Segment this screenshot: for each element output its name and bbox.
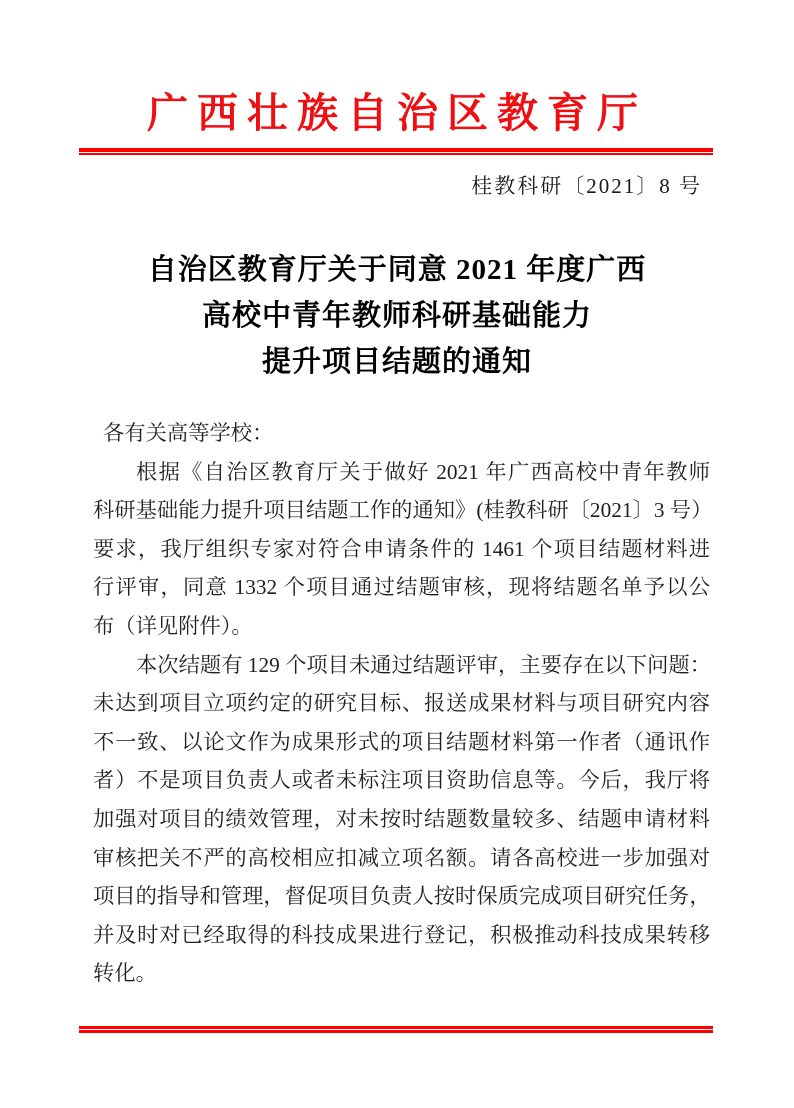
notice-title-line: 自治区教育厅关于同意 2021 年度广西 <box>0 247 794 293</box>
header-divider-line <box>79 148 713 155</box>
body-line: 审核把关不严的高校相应扣减立项名额。请各高校进一步加强对 <box>93 839 710 878</box>
body-line: 转化。 <box>93 954 710 993</box>
agency-header-title: 广西壮族自治区教育厅 <box>0 80 794 139</box>
body-line: 科研基础能力提升项目结题工作的通知》(桂教科研〔2021〕3 号） <box>93 491 710 530</box>
body-line: 不一致、以论文作为成果形式的项目结题材料第一作者（通讯作 <box>93 723 710 762</box>
document-page: 广西壮族自治区教育厅 桂教科研〔2021〕8 号 自治区教育厅关于同意 2021… <box>0 0 794 1108</box>
body-line-salutation: 各有关高等学校： <box>93 414 710 453</box>
document-number: 桂教科研〔2021〕8 号 <box>471 170 702 200</box>
body-line: 项目的指导和管理，督促项目负责人按时保质完成项目研究任务， <box>93 877 710 916</box>
footer-divider-line <box>79 1026 713 1033</box>
notice-title: 自治区教育厅关于同意 2021 年度广西 高校中青年教师科研基础能力 提升项目结… <box>0 247 794 385</box>
body-line: 本次结题有 129 个项目未通过结题评审，主要存在以下问题： <box>93 646 710 685</box>
body-line: 根据《自治区教育厅关于做好 2021 年广西高校中青年教师 <box>93 453 710 492</box>
body-line: 未达到项目立项约定的研究目标、报送成果材料与项目研究内容 <box>93 684 710 723</box>
body-line: 行评审，同意 1332 个项目通过结题审核，现将结题名单予以公 <box>93 568 710 607</box>
notice-title-line: 提升项目结题的通知 <box>0 339 794 385</box>
body-line: 要求，我厅组织专家对符合申请条件的 1461 个项目结题材料进 <box>93 530 710 569</box>
notice-title-line: 高校中青年教师科研基础能力 <box>0 293 794 339</box>
body-line: 布（详见附件）。 <box>93 607 710 646</box>
body-line: 者）不是项目负责人或者未标注项目资助信息等。今后，我厅将 <box>93 761 710 800</box>
body-line: 并及时对已经取得的科技成果进行登记，积极推动科技成果转移 <box>93 916 710 955</box>
notice-body: 各有关高等学校： 根据《自治区教育厅关于做好 2021 年广西高校中青年教师 科… <box>93 414 710 993</box>
body-line: 加强对项目的绩效管理，对未按时结题数量较多、结题申请材料 <box>93 800 710 839</box>
